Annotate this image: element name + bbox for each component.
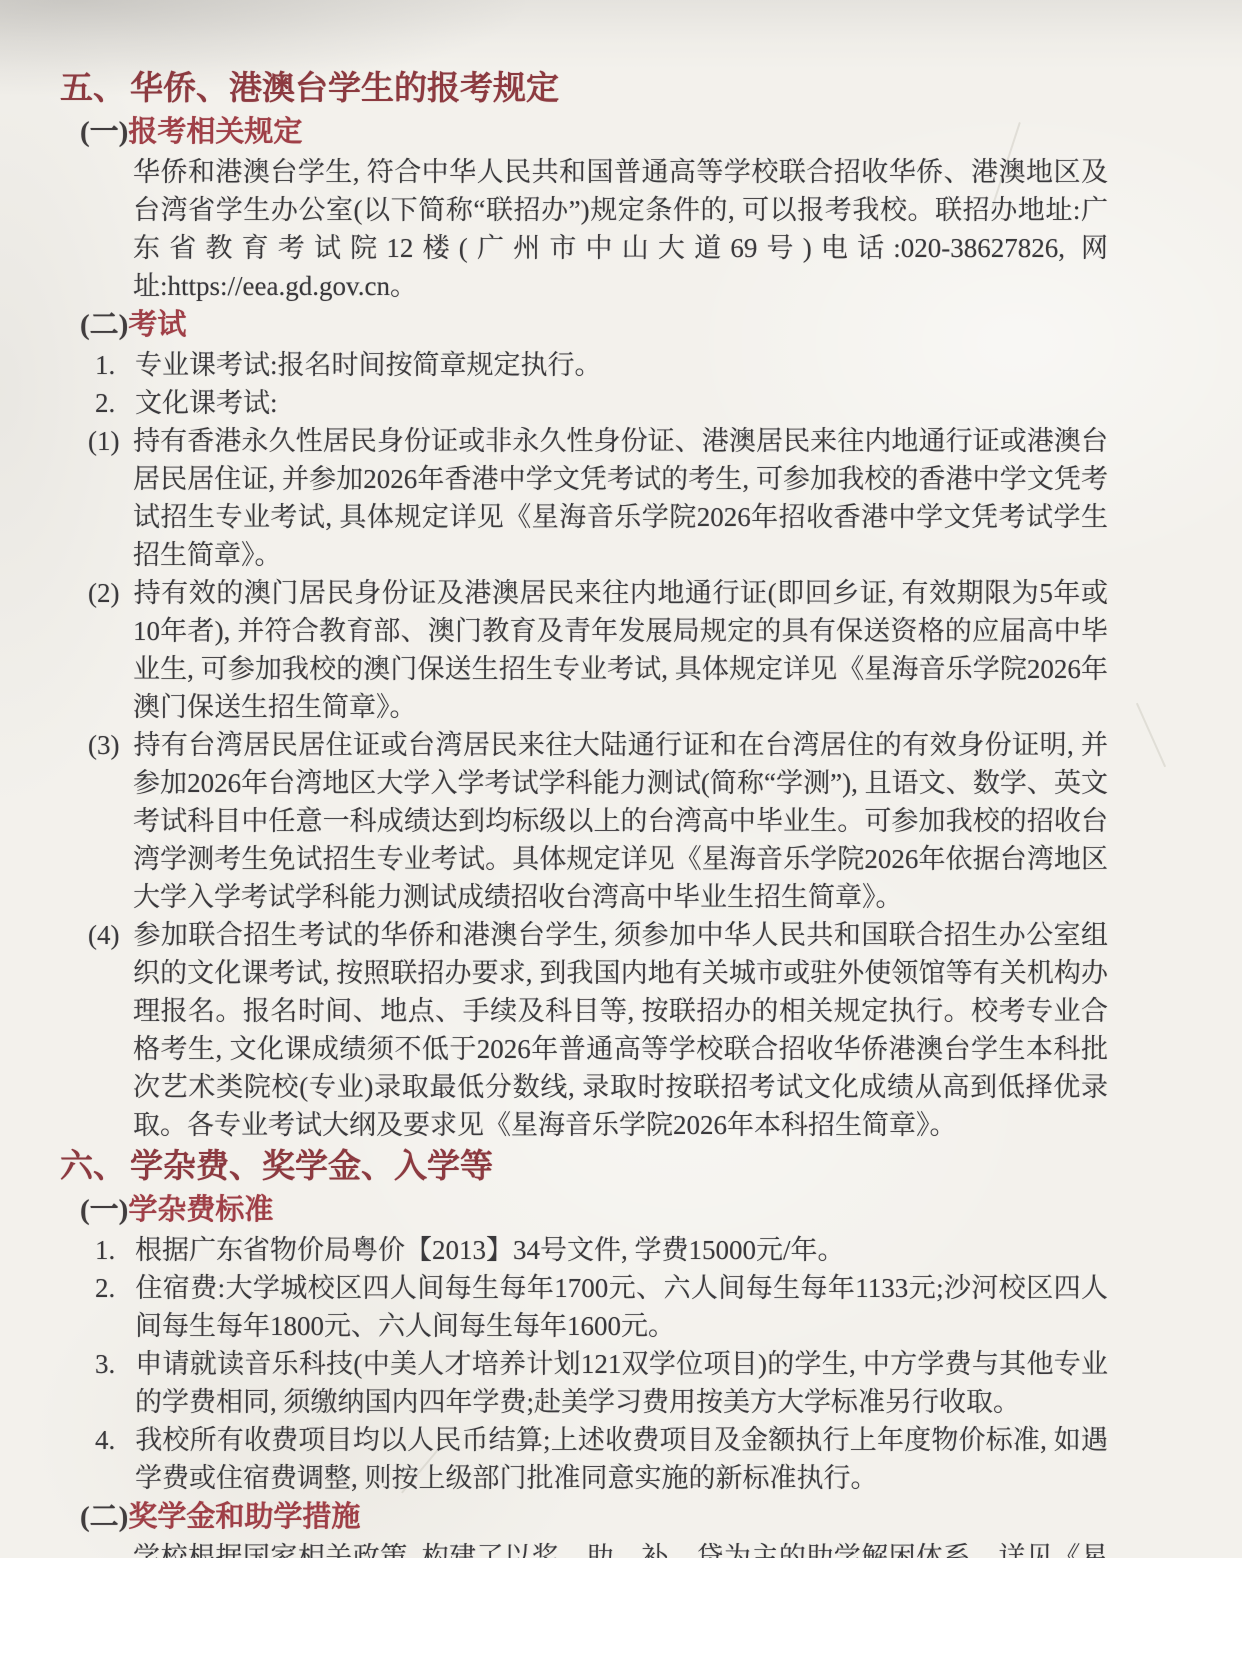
item-marker: 1. (95, 1231, 135, 1269)
item-marker: 2. (95, 384, 135, 422)
section-title: 华侨、港澳台学生的报考规定 (130, 66, 1108, 112)
item-text: 持有台湾居民居住证或台湾居民来往大陆通行证和在台湾居住的有效身份证明, 并参加2… (133, 730, 1108, 912)
item-marker: (4) (88, 916, 133, 954)
item-marker: (1) (88, 422, 133, 460)
subsection-prefix: (二) (80, 1501, 128, 1533)
section-6-heading: 六、 学杂费、奖学金、入学等 (60, 1144, 1108, 1190)
subsection-heading-fees: (一)学杂费标准 (60, 1190, 1108, 1231)
list-item-accommodation: 2.住宿费:大学城校区四人间每生每年1700元、六人间每生每年1133元;沙河校… (135, 1269, 1108, 1345)
list-item-currency: 4.我校所有收费项目均以人民币结算;上述收费项目及金额执行上年度物价标准, 如遇… (135, 1421, 1108, 1497)
item-marker: (2) (88, 574, 133, 612)
item-text: 根据广东省物价局粤价【2013】34号文件, 学费15000元/年。 (135, 1235, 845, 1265)
paragraph-application-rules: 华侨和港澳台学生, 符合中华人民共和国普通高等学校联合招收华侨、港澳地区及台湾省… (133, 153, 1108, 305)
item-marker: 2. (95, 1269, 135, 1307)
subsection-heading-exams: (二)考试 (60, 305, 1108, 346)
list-item-music-tech: 3.申请就读音乐科技(中美人才培养计划121双学位项目)的学生, 中方学费与其他… (135, 1345, 1108, 1421)
item-marker: (3) (88, 726, 133, 764)
subsection-title: 奖学金和助学措施 (128, 1501, 360, 1533)
list-item-macao: (2)持有效的澳门居民身份证及港澳居民来往内地通行证(即回乡证, 有效期限为5年… (133, 574, 1108, 726)
item-text: 住宿费:大学城校区四人间每生每年1700元、六人间每生每年1133元;沙河校区四… (135, 1273, 1108, 1341)
item-text: 专业课考试:报名时间按简章规定执行。 (135, 350, 602, 380)
list-item-professional-exam: 1.专业课考试:报名时间按简章规定执行。 (135, 346, 1108, 384)
list-item-taiwan: (3)持有台湾居民居住证或台湾居民来往大陆通行证和在台湾居住的有效身份证明, 并… (133, 726, 1108, 916)
item-text: 参加联合招生考试的华侨和港澳台学生, 须参加中华人民共和国联合招生办公室组织的文… (133, 920, 1108, 1140)
paragraph-scholarship: 学校根据国家相关政策, 构建了以奖、助、补、贷为主的助学解困体系。详见《星海音乐… (133, 1538, 1108, 1558)
scanned-document-page: 五、 华侨、港澳台学生的报考规定 (一)报考相关规定 华侨和港澳台学生, 符合中… (0, 0, 1242, 1558)
subsection-title: 报考相关规定 (128, 116, 302, 148)
subsection-heading-scholarship: (二)奖学金和助学措施 (60, 1497, 1108, 1538)
item-marker: 1. (95, 346, 135, 384)
item-text: 文化课考试: (135, 388, 278, 418)
item-marker: 4. (95, 1421, 135, 1459)
document-content: 五、 华侨、港澳台学生的报考规定 (一)报考相关规定 华侨和港澳台学生, 符合中… (0, 0, 1242, 1558)
section-title: 学杂费、奖学金、入学等 (130, 1144, 1108, 1190)
subsection-heading-application-rules: (一)报考相关规定 (60, 112, 1108, 153)
item-text: 申请就读音乐科技(中美人才培养计划121双学位项目)的学生, 中方学费与其他专业… (135, 1349, 1108, 1417)
section-number: 六、 (60, 1144, 130, 1190)
subsection-prefix: (二) (80, 309, 128, 341)
page-bottom-margin (0, 1558, 1242, 1656)
section-number: 五、 (60, 66, 130, 112)
list-item-hongkong: (1)持有香港永久性居民身份证或非永久性身份证、港澳居民来往内地通行证或港澳台居… (133, 422, 1108, 574)
item-text: 我校所有收费项目均以人民币结算;上述收费项目及金额执行上年度物价标准, 如遇学费… (135, 1425, 1108, 1493)
subsection-prefix: (一) (80, 1194, 128, 1226)
list-item-tuition: 1.根据广东省物价局粤价【2013】34号文件, 学费15000元/年。 (135, 1231, 1108, 1269)
subsection-prefix: (一) (80, 116, 128, 148)
item-text: 持有香港永久性居民身份证或非永久性身份证、港澳居民来往内地通行证或港澳台居民居住… (133, 426, 1108, 570)
item-marker: 3. (95, 1345, 135, 1383)
list-item-joint-exam: (4)参加联合招生考试的华侨和港澳台学生, 须参加中华人民共和国联合招生办公室组… (133, 916, 1108, 1144)
item-text: 持有效的澳门居民身份证及港澳居民来往内地通行证(即回乡证, 有效期限为5年或10… (133, 578, 1108, 722)
list-item-culture-exam: 2.文化课考试: (135, 384, 1108, 422)
subsection-title: 考试 (128, 309, 186, 341)
section-5-heading: 五、 华侨、港澳台学生的报考规定 (60, 66, 1108, 112)
subsection-title: 学杂费标准 (128, 1194, 273, 1226)
